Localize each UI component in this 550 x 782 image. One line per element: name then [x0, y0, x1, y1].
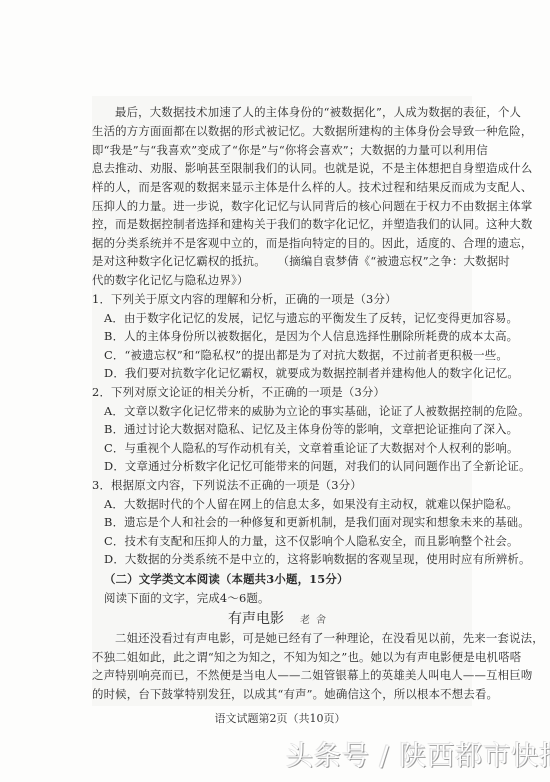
section-instruction: 阅读下面的文字，完成4～6题。	[104, 591, 468, 605]
story-author: 老舍	[300, 615, 332, 626]
option-c: C．“被遗忘权”和“隐私权”的提出都是为了对抗大数据，不过前者更积极一些。	[104, 348, 468, 362]
story-line: 的时候，台下鼓掌特别发狂，以成其“有声”。她确信这个，所以根本不想去看。	[92, 687, 468, 701]
story-title-line: 有声电影老舍	[92, 611, 468, 629]
option-a: A．由于数字化记忆的发展，记忆与遗忘的平衡发生了反转，记忆变得更加容易。	[104, 311, 468, 325]
question-stem: 1．下列关于原文内容的理解和分析，正确的一项是（3分）	[92, 292, 468, 306]
passage-line: 据的分类系统并不是客观中立的，而是指向特定的目的。因此，适度的、合理的遗忘，	[92, 236, 468, 250]
page-footer: 语文试题第2页（共10页）	[92, 712, 468, 726]
option-a: A．文章以数字化记忆带来的威胁为立论的事实基础，论证了人被数据控制的危险。	[104, 404, 468, 418]
story-line: 二姐还没看过有声电影，可是她已经有了一种理论，在没看见以前，先来一套说法，	[115, 631, 468, 645]
option-a: A．大数据时代的个人留在网上的信息太多，如果没有主动权，就难以保护隐私。	[104, 497, 468, 511]
option-d: D．文章通过分析数字化记忆可能带来的问题，对我们的认同问题作出了全新论证。	[104, 459, 468, 473]
question-stem: 2．下列对原文论证的相关分析，不正确的一项是（3分）	[92, 385, 468, 399]
passage-line: 最后，大数据技术加速了人的主体身份的“被数据化”，人成为数据的表征，个人	[115, 105, 468, 119]
passage-line: 生活的方方面面都在以数据的形式被记忆。大数据所建构的主体身份会导致一种危险，	[92, 124, 468, 138]
passage-line: 即“我是”与“我喜欢”变成了“你是”与“你将会喜欢”；大数据的力量可以利用信	[92, 143, 468, 157]
option-d: D．我们要对抗数字化记忆霸权，就要成为数据控制者并建构他人的数字化记忆。	[104, 366, 468, 380]
story-line: 之声特别响亮而已，不然便是当电人——二姐管银幕上的英雄美人叫电人——互相巨吻	[92, 668, 468, 682]
passage-line: 是对这种数字化记忆霸权的抵抗。 （摘编自袁梦倩《“被遗忘权”之争：大数据时	[92, 254, 468, 268]
option-d: D．大数据的分类系统不是中立的，这将影响数据的客观呈现，使用时应有所辨析。	[104, 552, 468, 566]
passage-source-line: 代的数字化记忆与隐私边界》）	[92, 273, 468, 287]
option-b: B．人的主体身份所以被数据化，是因为个人信息选择性删除所耗费的成本太高。	[104, 329, 468, 343]
story-title: 有声电影	[228, 611, 284, 627]
option-c: C．与重视个人隐私的写作动机有关，文章着重论证了大数据对个人权利的影响。	[104, 441, 468, 455]
option-c: C．技术有支配和压抑人的力量，这不仅影响个人隐私安全，而且影响整个社会。	[104, 534, 468, 548]
passage-line: 压抑人的力量。进一步说，数字化记忆与认同背后的核心问题在于权力不由数据主体掌	[92, 199, 468, 213]
option-b: B．遗忘是个人和社会的一种修复和更新机制，是我们面对现实和想象未来的基础。	[104, 515, 468, 529]
exam-page: 最后，大数据技术加速了人的主体身份的“被数据化”，人成为数据的表征，个人 生活的…	[0, 0, 550, 782]
passage-line: 控，而是数据控制者选择和建构关于我们的数字化记忆，并塑造我们的认同。这种大数	[92, 217, 468, 231]
story-line: 不独二姐如此，此之谓“知之为知之，不知为知之”也。她以为有声电影便是电机嗒嗒	[92, 650, 468, 664]
option-b: B．通过讨论大数据对隐私、记忆及主体身份等的影响，文章把论证推向了深入。	[104, 422, 468, 436]
question-stem: 3．根据原文内容，下列说法不正确的一项是（3分）	[92, 478, 468, 492]
passage-line: 息去推动、劝服、影响甚至限制我们的认同。也就是说，不是主体想把自身塑造成什么	[92, 161, 468, 175]
watermark: 头条号 / 陕西都市快报	[286, 740, 550, 774]
section-heading: （二）文学类文本阅读（本题共3小题，15分）	[104, 572, 480, 586]
passage-line: 样的人，而是客观的数据来显示主体是什么样的人。技术过程和结果反而成为支配人、	[92, 180, 468, 194]
